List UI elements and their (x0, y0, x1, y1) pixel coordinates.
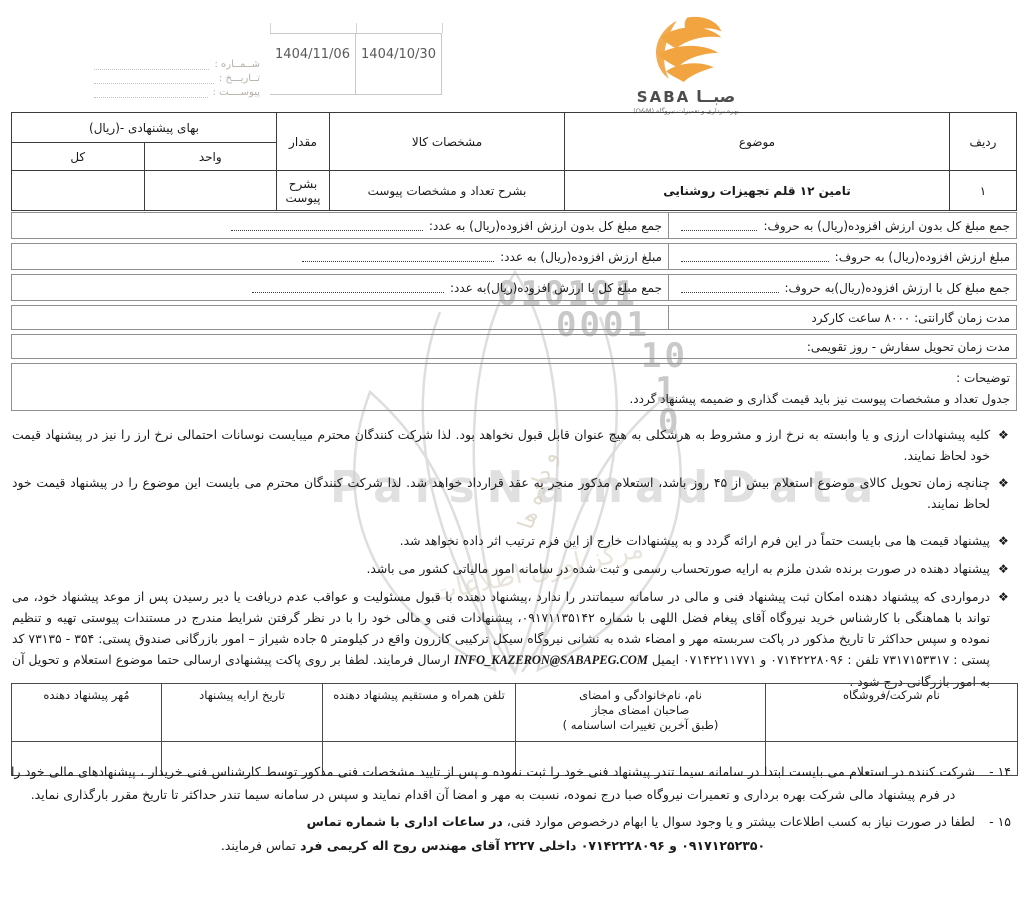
saba-wordmark-fa: صبــا (696, 87, 735, 106)
meta-attachment-blank (94, 88, 208, 98)
contact-suffix: تماس فرمایند. (221, 838, 296, 853)
document-page: 010101 0001 10 1 0 ParsNamadData و داده … (0, 0, 1028, 899)
col-header-proposed-price: بهای پیشنهادی -(ریال) (12, 113, 277, 143)
cell-specs: بشرح تعداد و مشخصات پیوست (330, 171, 565, 211)
total-with-vat-words-blank[interactable] (681, 282, 779, 293)
total-with-vat-row: جمع مبلغ کل با ارزش افزوده(ریال)به حروف:… (11, 274, 1017, 301)
cell-subject: تامین ۱۲ قلم تجهیزات روشنایی (565, 171, 950, 211)
total-with-vat-digits-label: جمع مبلغ کل با ارزش افزوده(ریال)به عدد: (450, 281, 662, 295)
diamond-bullet-icon: ❖ (990, 530, 1014, 552)
vat-amount-words: مبلغ ارزش افزوده(ریال) به حروف: (668, 244, 1016, 269)
total-without-vat-words-blank[interactable] (681, 220, 757, 231)
sig-col-proposal-date: تاریخ ارایه پیشنهاد (162, 684, 323, 742)
total-without-vat-digits: جمع مبلغ کل بدون ارزش افزوده(ریال) به عد… (12, 219, 668, 233)
total-with-vat-digits: جمع مبلغ کل با ارزش افزوده(ریال)به عدد: (12, 281, 668, 295)
meta-date-blank (94, 74, 214, 84)
meta-date-label: تــاریـــخ : (219, 73, 260, 84)
total-with-vat-digits-blank[interactable] (252, 282, 444, 293)
cell-quantity: بشرح پیوست (277, 171, 330, 211)
meta-number-row: شــمــاره : (92, 56, 260, 70)
date-box-deadline: 1404/11/06 (270, 33, 356, 95)
total-without-vat-words: جمع مبلغ کل بدون ارزش افزوده(ریال) به حر… (668, 213, 1016, 238)
condition-delivery-45-days: چنانچه زمان تحویل کالای موضوع استعلام بی… (12, 472, 990, 514)
meta-number-blank (94, 60, 209, 70)
item-15-normal: لطفا در صورت نیاز به کسب اطلاعات بیشتر و… (503, 814, 975, 829)
list-item: ۱۵ - لطفا در صورت نیاز به کسب اطلاعات بی… (11, 810, 1017, 857)
item-14-number: ۱۴ - (975, 760, 1017, 806)
total-without-vat-digits-label: جمع مبلغ کل بدون ارزش افزوده(ریال) به عد… (429, 219, 662, 233)
diamond-bullet-icon: ❖ (990, 558, 1014, 580)
warranty-row: مدت زمان گارانتی: ۸۰۰۰ ساعت کارکرد (11, 305, 1017, 330)
date-box-issue: 1404/10/30 (356, 33, 442, 95)
col-header-specs: مشخصات کالا (330, 113, 565, 171)
delivery-time-label: مدت زمان تحویل سفارش - روز تقویمی: (807, 340, 1010, 354)
col-header-quantity: مقدار (277, 113, 330, 171)
total-with-vat-words: جمع مبلغ کل با ارزش افزوده(ریال)به حروف: (668, 275, 1016, 300)
cell-unit-price-blank[interactable] (144, 171, 277, 211)
total-without-vat-words-label: جمع مبلغ کل بدون ارزش افزوده(ریال) به حر… (763, 219, 1010, 233)
vat-amount-digits: مبلغ ارزش افزوده(ریال) به عدد: (12, 250, 668, 264)
list-item: ❖ پیشنهاد دهنده در صورت برنده شدن ملزم ب… (12, 558, 1014, 580)
col-header-subject: موضوع (565, 113, 950, 171)
table-row: ۱ تامین ۱۲ قلم تجهیزات روشنایی بشرح تعدا… (12, 171, 1017, 211)
numbered-notes: ۱۴ - شرکت کننده در استعلام می بایست ابتد… (11, 760, 1017, 861)
grid-tick (356, 23, 357, 33)
total-with-vat-words-label: جمع مبلغ کل با ارزش افزوده(ریال)به حروف: (785, 281, 1011, 295)
grid-tick (270, 23, 271, 33)
delivery-time-text: مدت زمان تحویل سفارش - روز تقویمی: (801, 340, 1016, 354)
saba-logo-icon (638, 16, 734, 82)
date-boxes: 1404/11/06 1404/10/30 (270, 33, 442, 95)
condition-currency: کلیه پیشنهادات ارزی و یا وابسته به نرخ ا… (12, 424, 990, 466)
condition-offline-submission: درمواردی که پیشنهاد دهنده امکان ثبت پیشن… (12, 586, 990, 692)
condition-official-invoice: پیشنهاد دهنده در صورت برنده شدن ملزم به … (12, 558, 990, 580)
sig-col-stamp: مُهر پیشنهاد دهنده (12, 684, 162, 742)
sig-col-company-name: نام شرکت/فروشگاه (766, 684, 1018, 742)
delivery-time-row: مدت زمان تحویل سفارش - روز تقویمی: (11, 334, 1017, 359)
vat-amount-digits-blank[interactable] (302, 251, 494, 262)
saba-logo: صبــا SABA بهره برداری و تعمیرات نیروگاه… (608, 16, 764, 115)
list-item: ❖ کلیه پیشنهادات ارزی و یا وابسته به نرخ… (12, 424, 1014, 466)
total-without-vat-digits-blank[interactable] (231, 220, 423, 231)
list-item: ❖ پیشنهاد قیمت ها می بایست حتماً در این … (12, 530, 1014, 552)
grid-tick (442, 23, 443, 33)
vat-amount-row: مبلغ ارزش افزوده(ریال) به حروف: مبلغ ارز… (11, 243, 1017, 270)
meta-date-row: تــاریـــخ : (92, 70, 260, 84)
list-item: ۱۴ - شرکت کننده در استعلام می بایست ابتد… (11, 760, 1017, 806)
item-15-text: لطفا در صورت نیاز به کسب اطلاعات بیشتر و… (11, 810, 975, 857)
email-address[interactable]: INFO_KAZERON@SABAPEG.COM (454, 653, 648, 667)
item-15-bold: در ساعات اداری با شماره تماس (307, 814, 503, 829)
list-item: ❖ چنانچه زمان تحویل کالای موضوع استعلام … (12, 472, 1014, 514)
contact-numbers: ۰۹۱۷۱۲۵۲۳۵۰ و ۰۷۱۴۲۲۲۸۰۹۶ داخلی ۲۲۲۷ آقا… (296, 838, 765, 853)
sig-col-authorized-signatories: نام، نام‌خانوادگی و امضای صاحبان امضای م… (516, 684, 766, 742)
meta-attachment-label: پیوســــت : (213, 87, 260, 98)
meta-attachment-row: پیوســــت : (92, 84, 260, 98)
item-14-text: شرکت کننده در استعلام می بایست ابتدا در … (11, 760, 975, 806)
conditions-list: ❖ کلیه پیشنهادات ارزی و یا وابسته به نرخ… (12, 424, 1014, 698)
diamond-bullet-icon: ❖ (990, 586, 1014, 692)
list-item: ❖ درمواردی که پیشنهاد دهنده امکان ثبت پی… (12, 586, 1014, 692)
meta-number-label: شــمــاره : (214, 59, 260, 70)
notes-title: توضیحات : (18, 368, 1010, 389)
sig-col-phone: تلفن همراه و مستقیم پیشنهاد دهنده (323, 684, 516, 742)
saba-wordmark: صبــا SABA (608, 87, 764, 106)
diamond-bullet-icon: ❖ (990, 424, 1014, 466)
notes-row: توضیحات : جدول تعداد و مشخصات پیوست نیز … (11, 363, 1017, 411)
vat-amount-words-blank[interactable] (681, 251, 829, 262)
warranty-text: مدت زمان گارانتی: ۸۰۰۰ ساعت کارکرد (668, 306, 1016, 329)
condition-use-this-form: پیشنهاد قیمت ها می بایست حتماً در این فر… (12, 530, 990, 552)
saba-wordmark-en: SABA (637, 88, 690, 106)
col-header-unit-price: واحد (144, 143, 277, 171)
notes-body: جدول تعداد و مشخصات پیوست نیز باید قیمت … (18, 389, 1010, 410)
diamond-bullet-icon: ❖ (990, 472, 1014, 514)
document-meta-labels: شــمــاره : تــاریـــخ : پیوســــت : (92, 56, 260, 98)
col-header-row-number: ردیف (950, 113, 1017, 171)
vat-amount-digits-label: مبلغ ارزش افزوده(ریال) به عدد: (500, 250, 662, 264)
cell-row-number: ۱ (950, 171, 1017, 211)
warranty-label: مدت زمان گارانتی: ۸۰۰۰ ساعت کارکرد (811, 311, 1010, 325)
total-without-vat-row: جمع مبلغ کل بدون ارزش افزوده(ریال) به حر… (11, 212, 1017, 239)
items-table: ردیف موضوع مشخصات کالا مقدار بهای پیشنها… (11, 112, 1017, 211)
item-15-contact-line: ۰۹۱۷۱۲۵۲۳۵۰ و ۰۷۱۴۲۲۲۸۰۹۶ داخلی ۲۲۲۷ آقا… (11, 834, 975, 857)
cell-total-price-blank[interactable] (12, 171, 145, 211)
vat-amount-words-label: مبلغ ارزش افزوده(ریال) به حروف: (835, 250, 1010, 264)
col-header-total-price: کل (12, 143, 145, 171)
item-15-number: ۱۵ - (975, 810, 1017, 857)
